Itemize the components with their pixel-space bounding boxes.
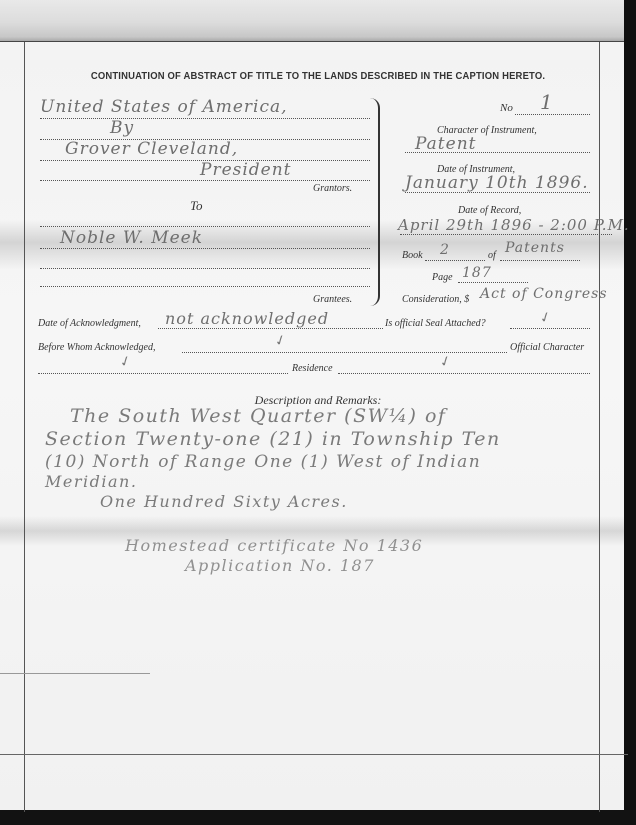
grantees-label: Grantees. [313,294,352,305]
consideration-label: Consideration, $ [402,294,469,305]
character-value: Patent [415,134,476,154]
right-margin-rule [599,42,600,812]
grantor-name-4: President [200,160,292,180]
page-value: 187 [462,265,492,281]
book-label: Book [402,250,423,261]
grantee-name-1: Noble W. Meek [60,228,203,248]
residence-label: Residence [292,363,333,374]
grantee-line-2 [40,248,370,249]
description-line-3: (10) North of Range One (1) West of Indi… [45,452,481,472]
date-record-label: Date of Record, [458,205,521,216]
date-instrument-value: January 10th 1896. [405,173,589,193]
seal-line [510,328,590,329]
page-line [458,282,528,283]
date-acknowledgment-value: not acknowledged [165,309,329,328]
description-line-5: One Hundred Sixty Acres. [100,492,348,511]
description-line-4: Meridian. [45,472,137,491]
book-line [425,260,485,261]
before-whom-line [182,352,507,353]
description-line-2: Section Twenty-one (21) in Township Ten [45,428,501,450]
date-record-value: April 29th 1896 - 2:00 P.M. [398,216,630,234]
official-character-line [38,373,288,374]
left-margin-rule [24,42,25,812]
consideration-value: Act of Congress [480,286,608,302]
brace-divider [370,98,380,306]
residence-line [338,373,590,374]
bottom-rule [0,754,628,755]
grantee-line-3 [40,268,370,269]
grantor-line-4 [40,180,370,181]
grantor-name-1: United States of America, [40,97,288,117]
grantors-label: Grantors. [313,183,352,194]
grantee-line-4 [40,286,370,287]
book-value: 2 [440,242,450,258]
of-value: Patents [505,240,565,256]
date-record-line [400,234,612,235]
no-value: 1 [540,90,554,114]
no-line [515,114,590,115]
no-label: No [500,102,513,114]
document-title: CONTINUATION OF ABSTRACT OF TITLE TO THE… [32,70,604,82]
to-label: To [190,198,203,214]
grantor-line-1 [40,118,370,119]
seal-label: Is official Seal Attached? [385,318,486,329]
of-line [500,260,580,261]
of-label: of [488,250,496,261]
grantor-name-3: Grover Cleveland, [65,139,238,159]
grantor-name-2: By [110,118,134,138]
top-page-fold [0,0,626,42]
before-whom-label: Before Whom Acknowledged, [38,342,155,353]
faint-rule [0,673,150,674]
description-line-1: The South West Quarter (SW¼) of [70,405,446,427]
background-edge [624,0,636,825]
official-character-label: Official Character [510,342,584,353]
homestead-certificate-note: Homestead certificate No 1436 [125,536,423,555]
date-acknowledgment-line [158,328,383,329]
grantee-line-1 [40,226,370,227]
background-edge-bottom [0,810,636,825]
date-acknowledgment-label: Date of Acknowledgment, [38,318,141,329]
application-number-note: Application No. 187 [185,556,375,575]
page-label: Page [432,272,453,283]
